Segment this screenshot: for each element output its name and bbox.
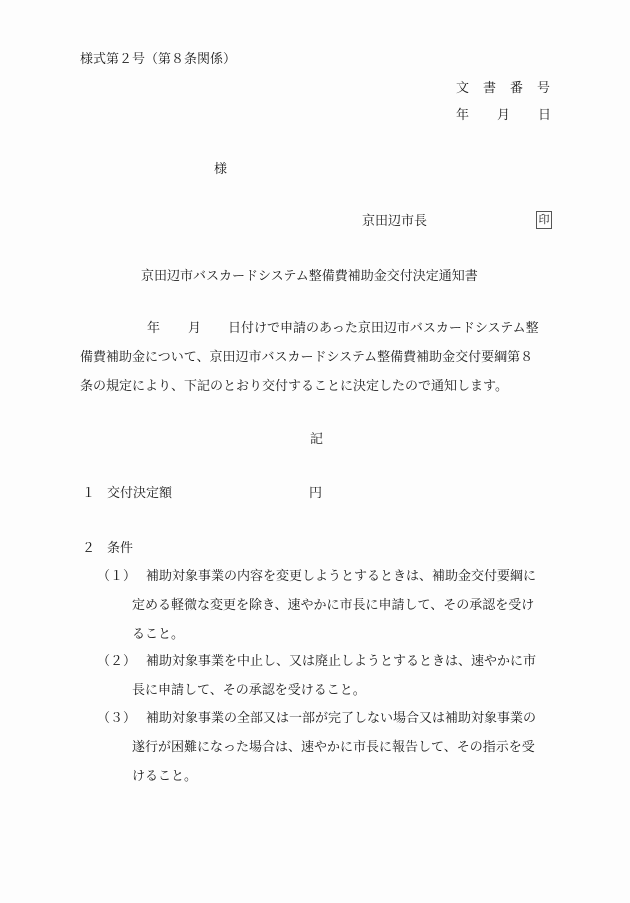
- condition-1-line-3: ること。: [132, 628, 184, 641]
- date-month: 月: [497, 109, 510, 122]
- condition-3-number: （３）: [97, 712, 136, 725]
- date-day: 日: [538, 109, 551, 122]
- condition-2-line-2: 長に申請して、その承認を受けること。: [132, 684, 366, 697]
- form-label: 様式第２号（第８条関係）: [80, 53, 236, 66]
- condition-1-line-1: 補助対象事業の内容を変更しようとするときは、補助金交付要綱に: [146, 570, 536, 583]
- body-year: 年: [147, 322, 160, 335]
- condition-3-line-2: 遂行が困難になった場合は、速やかに市長に報告して、その指示を受: [132, 741, 535, 754]
- body-line-3: 条の規定により、下記のとおり交付することに決定したので通知します。: [80, 380, 508, 393]
- document-title: 京田辺市バスカードシステム整備費補助金交付決定通知書: [141, 270, 478, 283]
- item-2-number: ２: [82, 542, 95, 555]
- condition-1-number: （１）: [97, 570, 136, 583]
- condition-1-line-2: 定める軽微な変更を除き、速やかに市長に申請して、その承認を受け: [132, 599, 534, 612]
- condition-3-line-1: 補助対象事業の全部又は一部が完了しない場合又は補助対象事業の: [146, 712, 536, 725]
- item-1-unit: 円: [309, 487, 322, 500]
- date-year: 年: [456, 109, 469, 122]
- issuer: 京田辺市長: [362, 215, 427, 228]
- body-line-2: 備費補助金について、京田辺市バスカードシステム整備費補助金交付要綱第８: [80, 351, 533, 364]
- body-line-1: 日付けで申請のあった京田辺市バスカードシステム整: [228, 322, 539, 335]
- item-1-number: １: [82, 487, 95, 500]
- body-month: 月: [188, 322, 201, 335]
- item-2-label: 条件: [107, 542, 133, 555]
- seal-mark: 印: [536, 211, 552, 229]
- condition-2-number: （２）: [97, 655, 136, 668]
- item-1-label: 交付決定額: [107, 487, 172, 500]
- ki-heading: 記: [310, 433, 323, 446]
- document-number-label: 文書番号: [456, 82, 564, 95]
- condition-3-line-3: けること。: [132, 770, 197, 783]
- addressee-suffix: 様: [214, 163, 227, 176]
- condition-2-line-1: 補助対象事業を中止し、又は廃止しようとするときは、速やかに市: [146, 655, 536, 668]
